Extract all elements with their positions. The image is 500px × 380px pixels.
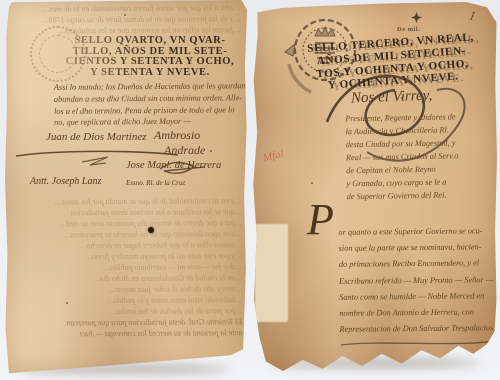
- decree-body-text: or quanto a este Superior Govierno se oc…: [338, 223, 495, 338]
- red-pencil-annotation: Mfol: [262, 148, 285, 165]
- signature-5: Antt. Joseph Lanz: [30, 176, 101, 187]
- tax-stamp-text-left: SELLO QVARTO, VN QVAR-TILLO, AÑOS DE MIL…: [56, 36, 244, 78]
- ink-speck: [311, 182, 313, 184]
- right-page: 1 De mil. SELLO TERCERO, VN REAL,AÑOS DE…: [251, 2, 498, 374]
- repair-patch: [255, 224, 288, 322]
- ink-speck: [124, 14, 126, 16]
- signature-paraph-icon: [156, 155, 216, 177]
- folio-number: 1: [467, 7, 477, 24]
- manuscript-photo: …alta a los que por vanos fueren conveni…: [0, 0, 500, 380]
- signature-6: Essno. Rl. de la Cruz: [126, 179, 185, 187]
- underline-flourish-icon: [339, 336, 497, 350]
- ink-speck: [210, 150, 212, 152]
- maltese-cross-icon: [411, 12, 422, 23]
- small-print-text: De mil.: [397, 26, 420, 33]
- titles-handwriting-text: Presidente, Regente y Oidores dela Audie…: [345, 110, 492, 204]
- signature-1: Juan de Dios Martinez: [46, 131, 147, 143]
- ink-speck: [66, 302, 68, 304]
- illuminated-initial: P: [307, 198, 334, 242]
- signature-2: Ambrosio: [154, 128, 200, 143]
- worm-hole: [148, 227, 154, 233]
- left-page: …alta a los que por vanos fueren conveni…: [4, 0, 250, 374]
- handwritten-order-text: Assi lo mando; los Dueños de Haciendas q…: [54, 80, 246, 129]
- ink-speck: [401, 97, 403, 99]
- bleedthrough-body-text: …y en su conformidad de lo que se manda …: [10, 195, 243, 340]
